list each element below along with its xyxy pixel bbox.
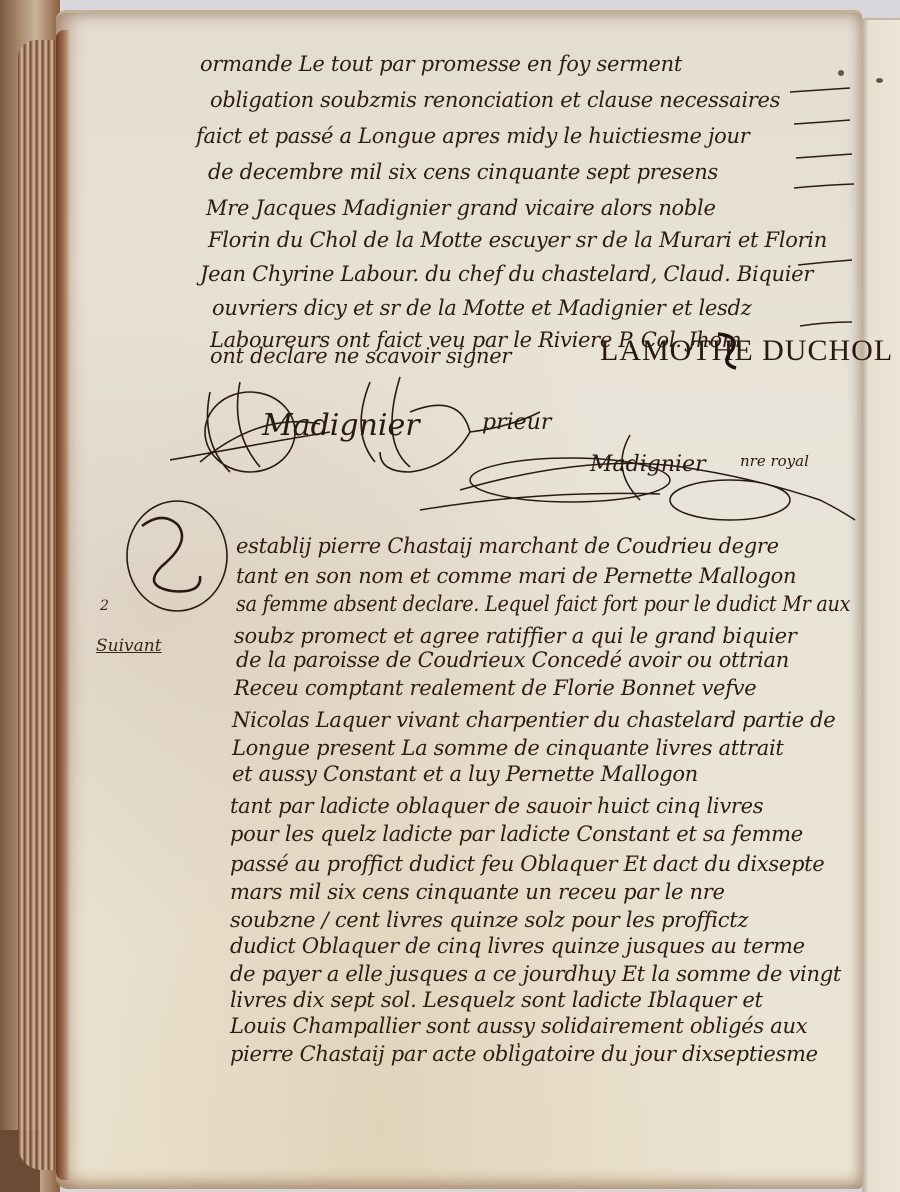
page-gutter-stain	[56, 30, 70, 1180]
drop-cap-d	[122, 496, 232, 616]
lower-act-line: et aussy Constant et a luy Pernette Mall…	[232, 762, 698, 786]
lower-act-line: mars mil six cens cinquante un receu par…	[230, 880, 725, 904]
upper-act-line: ormande Le tout par promesse en foy serm…	[200, 52, 682, 76]
lower-act-line: de la paroisse de Coudrieux Concedé avoi…	[236, 648, 789, 672]
signature-madignier-notary: Madignier	[590, 452, 706, 477]
upper-act-line: faict et passé a Longue apres midy le hu…	[196, 124, 749, 148]
notary-signature-flourish	[400, 430, 860, 540]
lower-act-line: tant en son nom et comme mari de Pernett…	[236, 564, 796, 588]
lower-act-line: de payer a elle jusques a ce jourdhuy Et…	[230, 962, 841, 986]
lower-act-line: livres dix sept sol. Lesquelz sont ladic…	[230, 988, 763, 1012]
lower-act-line: sa femme absent declare. Lequel faict fo…	[236, 592, 850, 616]
upper-act-line: Mre Jacques Madignier grand vicaire alor…	[206, 196, 716, 220]
lower-act-line: pour les quelz ladicte par ladicte Const…	[230, 822, 803, 846]
margin-note-number: 2	[100, 598, 109, 614]
closing-mark: .	[516, 1030, 521, 1049]
upper-act-line: ont declare ne scavoir signer	[210, 344, 511, 368]
upper-act-line: obligation soubzmis renonciation et clau…	[210, 88, 780, 112]
lower-act-line: Nicolas Laquer vivant charpentier du cha…	[232, 708, 835, 732]
lower-act-line: soubzne / cent livres quinze solz pour l…	[230, 908, 748, 932]
signature-note-nre-royal: nre royal	[740, 452, 809, 470]
lower-act-line: passé au proffict dudict feu Oblaquer Et…	[230, 852, 824, 876]
line-end-flourishes	[780, 60, 860, 360]
upper-act-line: Florin du Chol de la Motte escuyer sr de…	[208, 228, 827, 252]
lower-act-line: dudict Oblaquer de cinq livres quinze ju…	[230, 934, 805, 958]
lower-act-line: soubz promect et agree ratiffier a qui l…	[234, 624, 797, 648]
lower-act-line: Receu comptant realement de Florie Bonne…	[234, 676, 756, 700]
lower-act-line: pierre Chastaij par acte obligatoire du …	[230, 1042, 818, 1066]
signature-madignier: Madignier	[262, 408, 420, 443]
upper-act-line: ouvriers dicy et sr de la Motte et Madig…	[212, 296, 751, 320]
lower-act-line: tant par ladicte oblaquer de sauoir huic…	[230, 794, 763, 818]
wormhole	[876, 78, 883, 83]
facing-page	[862, 18, 900, 1192]
upper-act-line: de decembre mil six cens cinquante sept …	[208, 160, 718, 184]
signature-paraph	[710, 326, 750, 372]
lower-act-line: Longue present La somme de cinquante liv…	[232, 736, 784, 760]
lower-act-line: establij pierre Chastaij marchant de Cou…	[236, 534, 779, 558]
upper-act-line: Jean Chyrine Labour. du chef du chastela…	[200, 262, 813, 286]
margin-note-suivant: Suivant	[96, 636, 162, 656]
